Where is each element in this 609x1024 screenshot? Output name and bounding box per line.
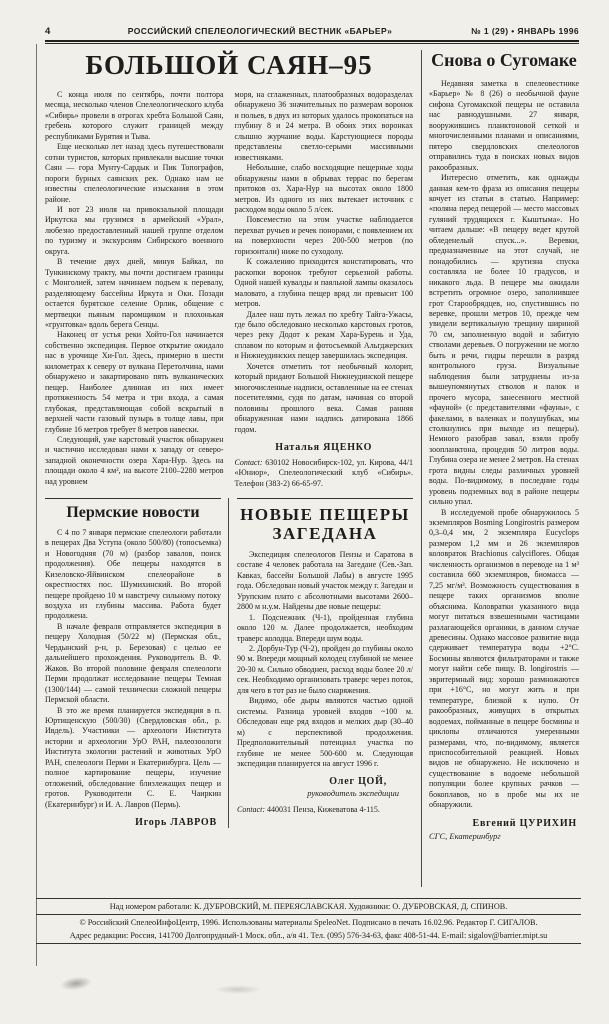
scan-smudge xyxy=(214,985,262,994)
paragraph: В течение двух дней, минуя Байкал, по Ту… xyxy=(45,257,224,330)
title-line: НОВЫЕ ПЕЩЕРЫ xyxy=(237,505,413,524)
contact-text: 440031 Пенза, Кижеватова 4-115. xyxy=(267,805,380,814)
paragraph: С конца июля по сентябрь, почти полтора … xyxy=(45,90,224,142)
footer-credits: Над номером работали: К. ДУБРОВСКИЙ, М. … xyxy=(36,902,581,912)
contact-label: Contact: xyxy=(237,805,265,814)
masthead-rule xyxy=(45,40,579,44)
article-title-zagedan: НОВЫЕ ПЕЩЕРЫ ЗАГЕДАНА xyxy=(237,505,413,543)
article-perm-news: Пермские новости С 4 по 7 января пермски… xyxy=(45,498,228,828)
paragraph: Наконец от устья реки Хойто-Гол начинает… xyxy=(45,330,224,435)
signature-tsurikhin: Евгений ЦУРИХИН xyxy=(429,818,577,829)
article-top-rule xyxy=(45,498,221,499)
newspaper-page: 4 РОССИЙСКИЙ СПЕЛЕОЛОГИЧЕСКИЙ ВЕСТНИК «Б… xyxy=(0,0,609,1024)
sayan-columns: С конца июля по сентябрь, почти полтора … xyxy=(45,90,413,489)
paragraph: Экспедиция спелеологов Пензы и Саратова … xyxy=(237,550,413,613)
contact-info-sibir: Contact: 630102 Новосибирск-102, ул. Кир… xyxy=(235,458,414,489)
paragraph: Далее наш путь лежал по хребту Тайга-Ужа… xyxy=(235,310,414,362)
paragraph: 1. Подснежник (Ч-1), пройденная глубина … xyxy=(237,613,413,644)
paragraph: Следующий, уже карстовый участок обнаруж… xyxy=(45,435,224,487)
paragraph: Интересно отметить, как однажды данная к… xyxy=(429,173,579,508)
paragraph: 2. Дорбун-Тур (Ч-2), пройден до глубины … xyxy=(237,644,413,696)
sayan-column-1: С конца июля по сентябрь, почти полтора … xyxy=(45,90,224,489)
paragraph: В начале февраля отправляется экспедиция… xyxy=(45,622,221,706)
sayan-column-2: моря, на сглаженных, платообразных водор… xyxy=(235,90,414,489)
footer-copyright: © Российский СпелеоИнфоЦентр, 1996. Испо… xyxy=(36,918,581,928)
footer-rule xyxy=(36,914,581,915)
footer-rule xyxy=(36,898,581,899)
newsletter-title: РОССИЙСКИЙ СПЕЛЕОЛОГИЧЕСКИЙ ВЕСТНИК «БАР… xyxy=(91,26,429,36)
article-title-sayan: БОЛЬШОЙ САЯН–95 xyxy=(45,50,413,81)
paragraph: Повсеместно на этом участке наблюдается … xyxy=(235,215,414,257)
article-zagedan: НОВЫЕ ПЕЩЕРЫ ЗАГЕДАНА Экспедиция спелеол… xyxy=(229,498,413,828)
right-zone: Снова о Сугомаке Недавняя заметка в спел… xyxy=(429,49,579,887)
page-content: 4 РОССИЙСКИЙ СПЕЛЕОЛОГИЧЕСКИЙ ВЕСТНИК «Б… xyxy=(45,26,579,887)
signature-tsoy: Олег ЦОЙ, xyxy=(237,776,387,787)
paragraph: Хочется отметить тот необычный колорит, … xyxy=(235,362,414,435)
article-bolshoy-sayan: БОЛЬШОЙ САЯН–95 С конца июля по сентябрь… xyxy=(45,50,413,489)
signature-affiliation: СГС, Екатеринбург xyxy=(429,831,579,841)
paragraph: моря, на сглаженных, платообразных водор… xyxy=(235,90,414,163)
main-content: БОЛЬШОЙ САЯН–95 С конца июля по сентябрь… xyxy=(45,49,579,887)
footer-rule xyxy=(36,943,581,944)
page-footer: Над номером работали: К. ДУБРОВСКИЙ, М. … xyxy=(36,898,581,944)
paragraph: К сожалению приходится констатировать, ч… xyxy=(235,257,414,309)
contact-label: Contact: xyxy=(235,458,263,467)
page-header: 4 РОССИЙСКИЙ СПЕЛЕОЛОГИЧЕСКИЙ ВЕСТНИК «Б… xyxy=(45,26,579,37)
title-line: ЗАГЕДАНА xyxy=(237,524,413,543)
article-sugomak: Снова о Сугомаке Недавняя заметка в спел… xyxy=(429,50,579,841)
paragraph: И вот 23 июля на привокзальной площади И… xyxy=(45,205,224,257)
signature-lavrov: Игорь ЛАВРОВ xyxy=(45,817,217,828)
article-top-rule xyxy=(237,498,413,499)
scan-smudge xyxy=(59,975,92,992)
scan-page-border xyxy=(36,44,37,966)
paragraph: Небольшие, слабо восходящие пещерные ход… xyxy=(235,163,414,215)
article-title-sugomak: Снова о Сугомаке xyxy=(429,50,579,71)
footer-address: Адрес редакции: Россия, 141700 Долгопруд… xyxy=(36,931,581,941)
lower-articles-row: Пермские новости С 4 по 7 января пермски… xyxy=(45,498,413,828)
paragraph: Недавняя заметка в спелеовестнике «Барье… xyxy=(429,79,579,173)
paragraph: В исследуемой пробе обнаружилось 5 экзем… xyxy=(429,508,579,811)
issue-info: № 1 (29) • ЯНВАРЬ 1996 xyxy=(429,26,579,36)
signature-role: руководитель экспедиции xyxy=(237,788,399,798)
left-zone: БОЛЬШОЙ САЯН–95 С конца июля по сентябрь… xyxy=(45,49,413,887)
paragraph: Видимо, обе дыры являются частью одной с… xyxy=(237,696,413,769)
paragraph: В это же время планируется экспедиция в … xyxy=(45,706,221,811)
article-title-perm: Пермские новости xyxy=(45,504,221,522)
page-number: 4 xyxy=(45,26,91,37)
paragraph: С 4 по 7 января пермские спелеологи рабо… xyxy=(45,528,221,622)
paragraph: Еще несколько лет назад здесь путешество… xyxy=(45,142,224,205)
contact-info-penza: Contact: 440031 Пенза, Кижеватова 4-115. xyxy=(237,805,413,815)
signature-yatsenko: Наталья ЯЦЕНКО xyxy=(235,442,414,453)
main-column-divider xyxy=(421,50,422,887)
